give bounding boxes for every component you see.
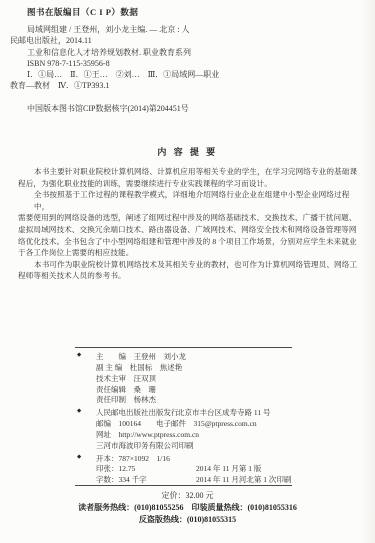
colophon-row-format: ◆ 开本：787×1092 1/16 <box>75 453 292 464</box>
colophon-rows: ◆ 主 编 王登州 刘小龙 副 主 编 杜国标 焦述艳 技术主审 汪双顶 责任编… <box>75 348 292 485</box>
cip-line: 工业和信息化人才培养规划教材. 职业教育系列 <box>10 47 363 58</box>
print-supervisor-text: 责任印制 杨林杰 <box>96 395 156 404</box>
abstract-line: 需要使用到的网络设备的选型，阐述了组网过程中涉及的网络基础技术、交换技术、广播干… <box>18 212 358 224</box>
abstract-line: 络优化技术。全书包含了中小型网络组建和管理中涉及的 8 个项目工作场景，分别对应… <box>18 236 358 248</box>
colophon-row-tech-reviewer: 技术主审 汪双顶 <box>75 373 292 384</box>
postcode-email-text: 邮编 100164 电子邮件 315@ptpress.com.cn <box>96 419 257 428</box>
diamond-bullet-icon: ◆ <box>77 352 81 358</box>
abstract-line: 本书主要针对职业院校计算机网络、计算机应用等相关专业的学生，在学习完网络专业的基… <box>18 166 358 178</box>
service-hotline-line: 读者服务热线：(010)81055256 印装质量热线：(010)8105531… <box>0 502 375 513</box>
colophon-row-postcode-email: 邮编 100164 电子邮件 315@ptpress.com.cn <box>75 418 292 429</box>
colophon-bottom-rule <box>75 485 292 486</box>
chief-editor-text: 主 编 王登州 刘小龙 <box>96 352 186 361</box>
cip-line: 民邮电出版社，2014.11 <box>10 35 363 46</box>
format-text: 开本：787×1092 1/16 <box>96 454 170 463</box>
colophon-row-deputy-editor: 副 主 编 杜国标 焦述艳 <box>75 362 292 373</box>
abstract-body: 本书主要针对职业院校计算机网络、计算机应用等相关专业的学生，在学习完网络专业的基… <box>18 166 358 282</box>
antipiracy-hotline-line: 反盗版热线：(010)81055315 <box>0 514 375 525</box>
cip-heading: 图书在版编目（C I P）数据 <box>27 6 138 18</box>
cip-line: 局域网组建 / 王登州，刘小龙主编. — 北京 : 人 <box>10 24 363 35</box>
cip-line: Ⅰ．①局… Ⅱ．①王… ②刘… Ⅲ．①局域网—职业 <box>10 69 363 80</box>
sheets-text: 印张：12.75 <box>96 464 135 473</box>
colophon-box: ◆ 主 编 王登州 刘小龙 副 主 编 杜国标 焦述艳 技术主审 汪双顶 责任编… <box>75 347 292 485</box>
price-line: 定价：32.00 元 <box>0 490 375 501</box>
colophon-row-responsible-editor: 责任编辑 桑 珊 <box>75 384 292 395</box>
copyright-page: 图书在版编目（C I P）数据 局域网组建 / 王登州，刘小龙主编. — 北京 … <box>0 0 375 543</box>
abstract-line: 本书可作为职业院校计算机网络技术及其相关专业的教材，也可作为计算机网络管理员、网… <box>18 259 358 271</box>
colophon-row-printer: 三河市海波印务有限公司印刷 <box>75 440 292 451</box>
abstract-line: 程师等相关技术人员的参考书。 <box>18 270 358 282</box>
colophon-row-chief-editor: ◆ 主 编 王登州 刘小龙 <box>75 351 292 362</box>
cip-line: ISBN 978-7-115-35956-8 <box>10 58 363 69</box>
abstract-line: 于各工作岗位上需要的相应技能。 <box>18 247 358 259</box>
abstract-line: 全书按照基于工作过程的课程教学模式，详细地介绍网络行业企业在组建中小型企业网络过… <box>18 189 358 212</box>
diamond-bullet-icon: ◆ <box>77 408 81 414</box>
colophon-row-sheets-edition: 印张：12.75 2014 年 11 月第 1 版 <box>75 463 292 474</box>
printing-text: 2014 年 11 月河北第 1 次印刷 <box>196 474 291 485</box>
edition-text: 2014 年 11 月第 1 版 <box>196 463 261 474</box>
tech-reviewer-text: 技术主审 汪双顶 <box>96 374 156 383</box>
abstract-heading: 内 容 提 要 <box>0 145 375 158</box>
responsible-editor-text: 责任编辑 桑 珊 <box>96 385 156 394</box>
publisher-address: 北京市丰台区成寿寺路 11 号 <box>177 407 270 418</box>
diamond-bullet-icon: ◆ <box>77 454 81 460</box>
abstract-line: 程后，为强化职业技能的训练，需要继续进行专业实践课程的学习而设计。 <box>18 178 358 190</box>
cip-line: 教育—教材 Ⅳ．①TP393.1 <box>10 80 363 91</box>
printer-text: 三河市海波印务有限公司印刷 <box>96 441 194 450</box>
cip-record-block: 局域网组建 / 王登州，刘小龙主编. — 北京 : 人民邮电出版社，2014.1… <box>10 24 363 92</box>
colophon-row-wordcount-printing: 字数：334 千字 2014 年 11 月河北第 1 次印刷 <box>75 474 292 485</box>
website-text: 网址 http://www.ptpress.com.cn <box>96 430 199 439</box>
colophon-row-website: 网址 http://www.ptpress.com.cn <box>75 429 292 440</box>
deputy-editor-text: 副 主 编 杜国标 焦述艳 <box>96 363 182 372</box>
cip-register-number: 中国版本图书馆CIP数据核字(2014)第204451号 <box>27 103 189 114</box>
colophon-row-publisher: ◆ 人民邮电出版社出版发行 北京市丰台区成寿寺路 11 号 <box>75 407 292 418</box>
wordcount-text: 字数：334 千字 <box>96 475 147 484</box>
publisher-text: 人民邮电出版社出版发行 <box>96 408 179 417</box>
colophon-row-print-supervisor: 责任印制 杨林杰 <box>75 394 292 405</box>
abstract-line: 虚拟局域网技术、交换冗余端口技术、路由器设备、广域网技术、网络安全技术和网络设备… <box>18 224 358 236</box>
